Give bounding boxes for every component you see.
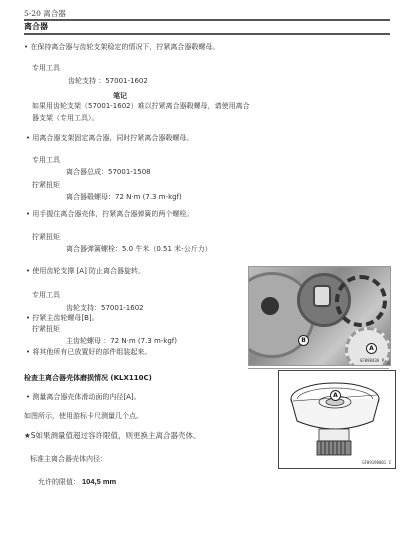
note-title: 笔记 xyxy=(113,91,127,101)
special-tool-value: 离合器总成：57001-1508 xyxy=(66,167,151,177)
callout-a: A xyxy=(330,390,341,401)
section-title: 离合器 xyxy=(24,21,48,32)
torque-label: 拧紧扭矩 xyxy=(32,180,60,190)
step-4: • 使用齿轮支撑 [A] 防止离合器旋转。 xyxy=(26,266,145,276)
limit-label: 允许的限值： xyxy=(38,477,80,487)
figure-id: GF09843A P xyxy=(360,358,384,363)
torque-value: 主齿轮螺母 ：72 N·m (7.3 m-kgf) xyxy=(66,336,177,346)
torque-value: 离合器毂螺母：72 N·m (7.3 m-kgf) xyxy=(66,192,182,202)
section-rule xyxy=(24,33,390,35)
limit-value: 104,5 mm xyxy=(82,477,116,486)
torque-label: 拧紧扭矩 xyxy=(32,324,60,334)
figure-id: GF09198801 C xyxy=(362,460,391,465)
clutch-housing-icon xyxy=(279,371,395,468)
inspection-title: 检查主离合器壳体磨损情况 (KLX110C) xyxy=(24,373,152,383)
torque-value: 离合器弹簧螺栓：5.0 牛米（0.51 米-公斤力） xyxy=(66,244,212,254)
step-3: • 用手握住离合器壳体，拧紧离合器弹簧的两个螺栓。 xyxy=(26,209,193,219)
clutch-housing-drawing: A GF09198801 C xyxy=(278,370,396,469)
step-5: • 拧紧主齿轮螺母[B]。 xyxy=(26,313,99,323)
callout-b: B xyxy=(298,335,309,346)
note-line-1: 如果用齿轮支架（57001-1602）难以拧紧离合器毂螺母，请使用离合 xyxy=(32,101,250,111)
step-2: • 用离合器支架固定离合器，同时拧紧离合器毂螺母。 xyxy=(26,133,193,143)
special-tool-label: 专用工具 xyxy=(32,155,60,165)
clutch-photo-figure: B A GF09843A P xyxy=(248,266,391,366)
note-line-2: 器支架（专用工具）。 xyxy=(32,113,99,123)
figure-divider xyxy=(248,368,389,369)
torque-label: 拧紧扭矩 xyxy=(32,232,60,242)
special-tool-value: 齿轮支持 ：57001-1602 xyxy=(68,76,148,86)
replace-condition: ★S如果测量值超过容许限值，则更换主离合器壳体。 xyxy=(24,430,200,441)
header-rule xyxy=(24,19,390,21)
inspection-step: • 测量离合器壳体滑动面的内径[A]。 xyxy=(26,392,141,402)
special-tool-label: 专用工具 xyxy=(32,63,60,73)
callout-a: A xyxy=(366,343,377,354)
special-tool-label: 专用工具 xyxy=(32,290,60,300)
step-1: • 在保持离合器与齿轮支架稳定的情况下，拧紧离合器毂螺母。 xyxy=(24,42,219,52)
page-header: 5-20 离合器 xyxy=(24,8,66,19)
inspection-instruction: 如图所示，使用游标卡尺测量几个点。 xyxy=(24,411,143,421)
special-tool-value: 齿轮支持：57001-1602 xyxy=(66,303,144,313)
step-6: • 将其他所有已放置好的部件组装起来。 xyxy=(26,347,151,357)
standard-label: 标准主离合器壳体内径： xyxy=(30,454,107,464)
